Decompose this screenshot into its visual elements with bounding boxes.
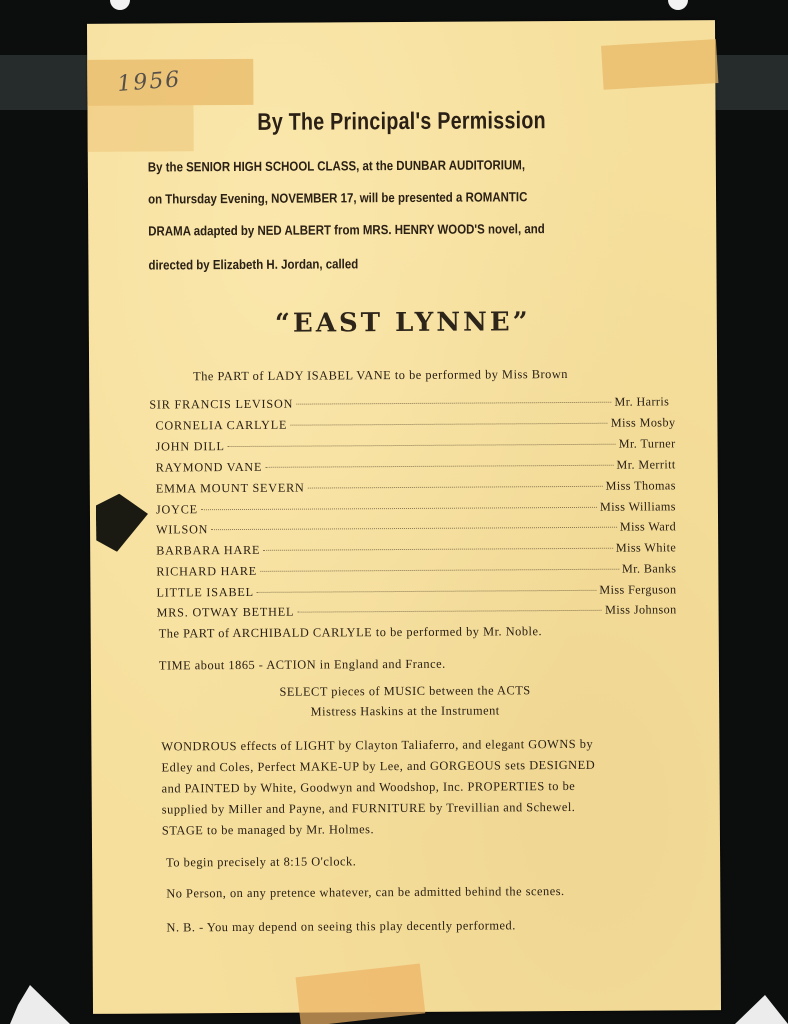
cast-role: JOYCE xyxy=(156,502,198,517)
intro-line: DRAMA adapted by NED ALBERT from MRS. HE… xyxy=(148,221,600,239)
cast-row: BARBARA HARE Miss White xyxy=(156,540,676,559)
cast-row: WILSON Miss Ward xyxy=(156,519,676,538)
intro-line: By the SENIOR HIGH SCHOOL CLASS, at the … xyxy=(148,157,600,175)
start-time: To begin precisely at 8:15 O'clock. xyxy=(166,854,356,870)
play-title: “EAST LYNNE” xyxy=(89,306,717,340)
cast-role: LITTLE ISABEL xyxy=(156,585,253,601)
cast-row: RICHARD HARE Mr. Banks xyxy=(156,561,676,580)
cast-row: JOHN DILL Mr. Turner xyxy=(156,436,676,455)
dot-leader xyxy=(263,548,613,551)
punch-hole xyxy=(668,0,688,10)
music-line: Mistress Haskins at the Instrument xyxy=(91,702,719,721)
cast-actor: Miss Thomas xyxy=(606,478,676,493)
nb-note: N. B. - You may depend on seeing this pl… xyxy=(166,918,515,935)
cast-role: RAYMOND VANE xyxy=(156,460,263,476)
cast-actor: Miss Johnson xyxy=(605,602,677,617)
punch-hole xyxy=(110,0,130,10)
cast-row: MRS. OTWAY BETHEL Miss Johnson xyxy=(157,602,677,621)
cast-actor: Miss White xyxy=(616,540,676,555)
dot-leader xyxy=(296,402,611,405)
dot-leader xyxy=(265,465,613,468)
cast-role: JOHN DILL xyxy=(156,439,225,454)
dot-leader xyxy=(260,569,619,572)
cast-role: BARBARA HARE xyxy=(156,543,260,559)
cast-actor: Mr. Merritt xyxy=(616,457,675,472)
cast-role: SIR FRANCIS LEVISON xyxy=(149,397,293,413)
cast-actor: Miss Ferguson xyxy=(599,582,676,597)
cast-actor: Miss Ward xyxy=(620,519,676,534)
dot-leader xyxy=(297,610,602,613)
playbill-sheet: 1956 By The Principal's Permission By th… xyxy=(87,20,721,1014)
cast-row: RAYMOND VANE Mr. Merritt xyxy=(156,457,676,476)
cast-role: EMMA MOUNT SEVERN xyxy=(156,481,305,497)
credits-line: Edley and Coles, Perfect MAKE-UP by Lee,… xyxy=(161,758,595,776)
cast-actor: Mr. Turner xyxy=(619,436,676,451)
second-lead-part: The PART of ARCHIBALD CARLYLE to be perf… xyxy=(159,624,542,641)
cast-role: CORNELIA CARLYLE xyxy=(155,418,287,434)
credits-line: STAGE to be managed by Mr. Holmes. xyxy=(162,822,374,838)
credits-line: WONDROUS effects of LIGHT by Clayton Tal… xyxy=(161,737,593,755)
cast-row: JOYCE Miss Williams xyxy=(156,499,676,518)
photo-corner-left xyxy=(10,985,70,1024)
cast-role: MRS. OTWAY BETHEL xyxy=(157,605,295,621)
photo-corner-right xyxy=(735,995,788,1024)
cast-actor: Mr. Harris xyxy=(614,394,669,409)
cast-row: SIR FRANCIS LEVISON Mr. Harris xyxy=(149,394,669,413)
dot-leader xyxy=(211,527,617,530)
cast-actor: Miss Mosby xyxy=(611,415,676,430)
credits-line: and PAINTED by White, Goodwyn and Woodsh… xyxy=(162,779,576,797)
heading: By The Principal's Permission xyxy=(144,106,659,137)
time-action: TIME about 1865 - ACTION in England and … xyxy=(159,657,446,674)
cast-role: WILSON xyxy=(156,522,208,537)
intro-line: directed by Elizabeth H. Jordan, called xyxy=(148,255,600,273)
playbill-content: By The Principal's Permission By the SEN… xyxy=(87,20,721,1014)
music-line: SELECT pieces of MUSIC between the ACTS xyxy=(91,682,719,701)
cast-actor: Mr. Banks xyxy=(622,561,676,576)
dot-leader xyxy=(290,423,608,426)
cast-row: LITTLE ISABEL Miss Ferguson xyxy=(156,582,676,601)
cast-role: RICHARD HARE xyxy=(156,564,257,580)
cast-row: CORNELIA CARLYLE Miss Mosby xyxy=(155,415,675,434)
lead-part: The PART of LADY ISABEL VANE to be perfo… xyxy=(193,367,568,384)
dot-leader xyxy=(257,590,596,593)
cast-row: EMMA MOUNT SEVERN Miss Thomas xyxy=(156,478,676,497)
dot-leader xyxy=(201,507,597,510)
dot-leader xyxy=(308,486,603,489)
credits-line: supplied by Miller and Payne, and FURNIT… xyxy=(162,800,576,818)
dot-leader xyxy=(228,444,616,447)
cast-actor: Miss Williams xyxy=(600,499,676,514)
intro-line: on Thursday Evening, NOVEMBER 17, will b… xyxy=(148,189,600,207)
notice: No Person, on any pretence whatever, can… xyxy=(166,884,564,901)
